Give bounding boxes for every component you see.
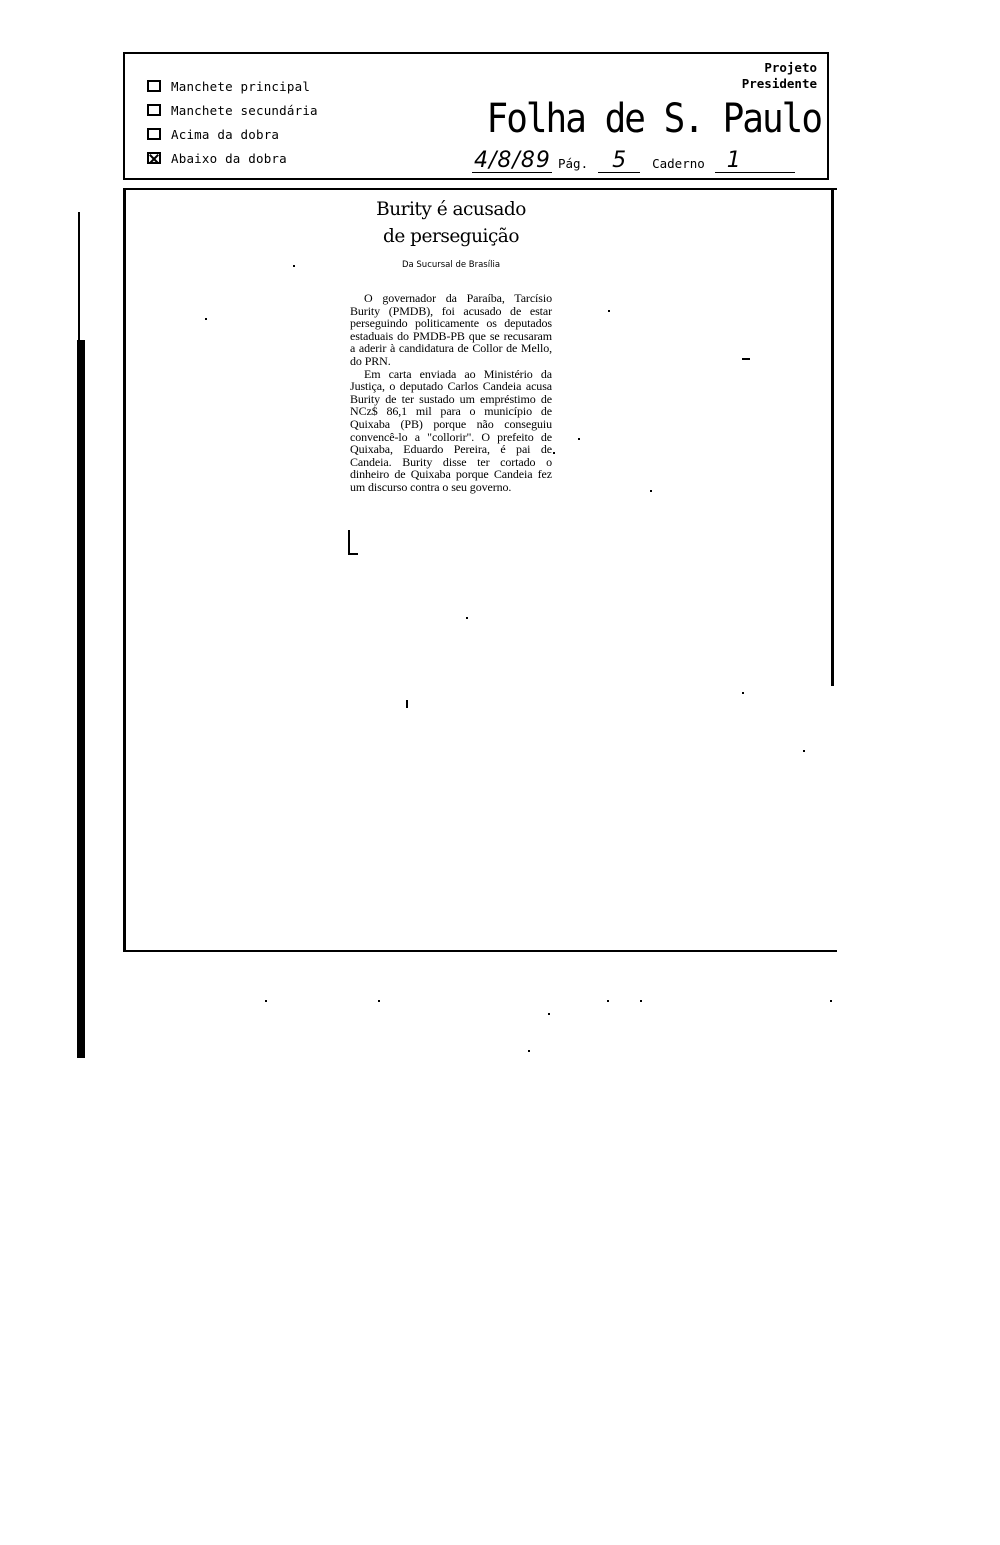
page-label: Pág. — [558, 156, 588, 173]
checkbox-abaixo-da-dobra[interactable]: Abaixo da dobra — [147, 146, 318, 170]
clipping-stamp: Manchete principal Manchete secundária A… — [123, 52, 829, 180]
scan-speck — [205, 318, 207, 320]
page-field: 5 — [598, 150, 640, 173]
project-line-2: Presidente — [742, 76, 817, 92]
scan-speck — [650, 490, 652, 492]
scan-speck — [265, 1000, 267, 1002]
scan-speck — [466, 617, 468, 619]
scan-speck — [608, 310, 610, 312]
scan-speck — [548, 1013, 550, 1015]
scan-speck — [640, 1000, 642, 1002]
scan-speck — [742, 358, 750, 360]
section-field: 1 — [715, 150, 795, 173]
checkbox-label: Abaixo da dobra — [171, 151, 287, 166]
clip-mark — [348, 530, 350, 555]
scan-speck — [553, 452, 555, 454]
checkbox-label: Manchete secundária — [171, 103, 318, 118]
scan-speck — [378, 1000, 380, 1002]
scan-speck — [578, 438, 580, 440]
scan-speck — [528, 1050, 530, 1052]
checkbox-manchete-principal[interactable]: Manchete principal — [147, 74, 318, 98]
headline-line-1: Burity é acusado — [350, 196, 552, 223]
scan-edge-line — [78, 212, 80, 342]
headline: Burity é acusado de perseguição — [350, 196, 552, 250]
scan-speck — [406, 700, 408, 708]
scan-speck — [293, 265, 295, 267]
byline: Da Sucursal de Brasília — [350, 260, 552, 270]
article-paragraph: O governador da Paraíba, Tarcísio Burity… — [350, 292, 552, 368]
checkbox-acima-da-dobra[interactable]: Acima da dobra — [147, 122, 318, 146]
clip-mark — [348, 553, 358, 555]
checkbox-label: Manchete principal — [171, 79, 310, 94]
newspaper-name: Folha de S. Paulo — [487, 96, 821, 142]
checkbox-label: Acima da dobra — [171, 127, 279, 142]
date-field: 4/8/89 — [472, 150, 552, 173]
checkbox-icon[interactable] — [147, 80, 161, 92]
section-label: Caderno — [652, 156, 705, 173]
project-line-1: Projeto — [742, 60, 817, 76]
article-frame-right-edge — [831, 188, 834, 686]
article-paragraph: Em carta enviada ao Ministério da Justiç… — [350, 368, 552, 494]
headline-line-2: de perseguição — [350, 223, 552, 250]
project-label: Projeto Presidente — [742, 60, 817, 92]
scan-speck — [607, 1000, 609, 1002]
checkbox-manchete-secundaria[interactable]: Manchete secundária — [147, 98, 318, 122]
publication-meta: 4/8/89 Pág. 5 Caderno 1 — [472, 150, 795, 173]
checked-box-icon[interactable] — [147, 152, 161, 164]
scan-speck — [830, 1000, 832, 1002]
placement-checklist: Manchete principal Manchete secundária A… — [147, 74, 318, 170]
scan-edge-bar — [77, 340, 85, 1058]
checkbox-icon[interactable] — [147, 128, 161, 140]
checkbox-icon[interactable] — [147, 104, 161, 116]
scan-speck — [803, 750, 805, 752]
scan-speck — [742, 692, 744, 694]
article: Burity é acusado de perseguição Da Sucur… — [350, 196, 552, 494]
